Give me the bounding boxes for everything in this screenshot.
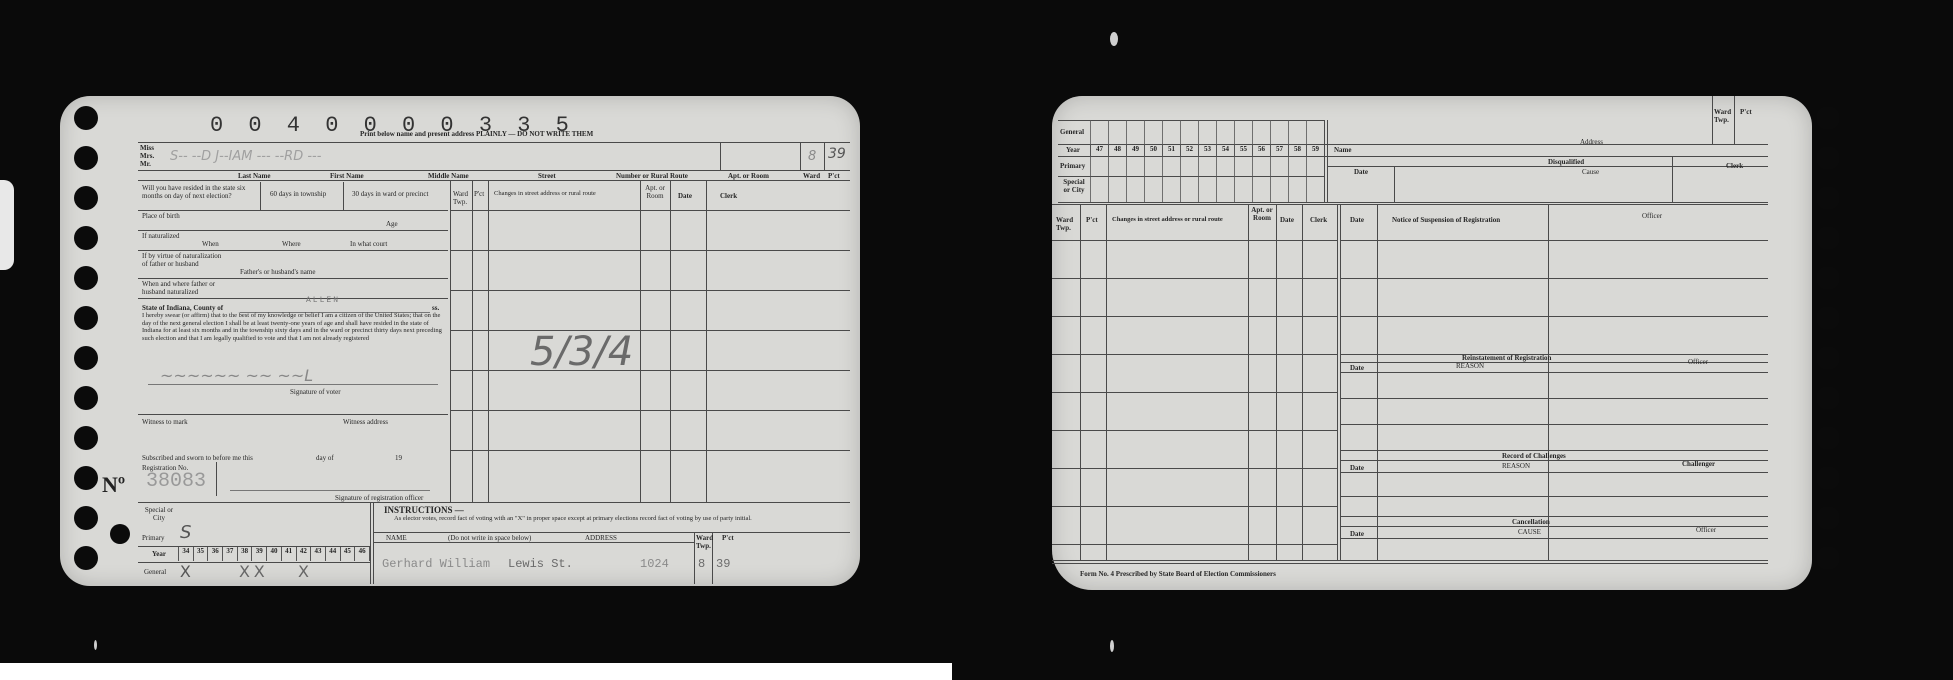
- label-apt: Apt. or Room: [728, 172, 769, 180]
- grid-year: 43: [310, 547, 325, 561]
- when-label: When: [202, 240, 219, 248]
- registration-card-back: General Year Primary Special or City 47 …: [1052, 96, 1812, 590]
- grid-label-year: Year: [152, 550, 166, 558]
- challenges-reason: REASON: [1502, 462, 1530, 470]
- voter-signature: ~~~~~~ ~~ ~~L: [160, 366, 313, 385]
- grid-general-row: X X X X: [178, 562, 370, 584]
- bottom-header-pct: P'ct: [722, 534, 734, 542]
- general-mark: [208, 562, 223, 584]
- punch-hole: [1816, 106, 1840, 130]
- grid-year: 38: [237, 547, 252, 561]
- punch-hole: [74, 146, 98, 170]
- label-middle-name: Middle Name: [428, 172, 469, 180]
- general-mark: [281, 562, 296, 584]
- title-prefix-miss: Miss: [140, 144, 154, 152]
- punch-hole: [1816, 266, 1840, 290]
- punch-hole: [74, 226, 98, 250]
- changes-header-address: Changes in street address or rural route: [494, 190, 596, 198]
- handwritten-ward: 8: [808, 152, 816, 161]
- general-mark: [193, 562, 208, 584]
- suspension-title: Notice of Suspension of Registration: [1392, 216, 1500, 224]
- grid-year: 37: [222, 547, 237, 561]
- grid-label-special: Special or City: [1060, 178, 1088, 194]
- address-label: Address: [1580, 138, 1603, 146]
- grid-year-row: 34 35 36 37 38 39 40 41 42 43 44 45 46: [178, 547, 370, 561]
- changes-header-ward: Ward Twp.: [453, 190, 471, 206]
- witness-address-label: Witness address: [343, 418, 388, 426]
- general-mark: [267, 562, 282, 584]
- general-mark: X: [296, 562, 311, 584]
- punch-hole: [74, 106, 98, 130]
- bottom-header-do-not-write: (Do not write in space below): [448, 534, 531, 542]
- grid-label-year: Year: [1066, 146, 1080, 154]
- punch-hole: [1816, 546, 1840, 570]
- punch-hole: [1816, 426, 1840, 450]
- general-mark: [326, 562, 341, 584]
- clerk-label: Clerk: [1726, 162, 1743, 170]
- grid-label-primary: Primary: [142, 534, 165, 542]
- court-label: In what court: [350, 240, 387, 248]
- typed-pct: 39: [716, 560, 730, 569]
- punch-hole: [74, 506, 98, 530]
- general-mark: [355, 562, 370, 584]
- name-label: Name: [1334, 146, 1352, 154]
- general-mark: X: [237, 562, 252, 584]
- ward-label: Ward Twp.: [1714, 108, 1732, 124]
- punch-hole: [74, 266, 98, 290]
- title-prefix-mrs: Mrs.: [140, 152, 154, 160]
- registration-card-front: 0 0 4 0 0 0 0 3 3 5 Print below name and…: [60, 96, 860, 586]
- bottom-header-address: ADDRESS: [585, 534, 617, 542]
- place-of-birth-label: Place of birth: [142, 212, 182, 220]
- grid-label-special: Special or City: [144, 506, 174, 522]
- challenges-title: Record of Challenges: [1502, 452, 1566, 460]
- witness-mark-label: Witness to mark: [142, 418, 188, 426]
- pct-label: P'ct: [1740, 108, 1752, 116]
- grid-year: 46: [354, 547, 370, 561]
- bottom-header-name: NAME: [386, 534, 407, 542]
- age-label: Age: [386, 220, 398, 228]
- challenges-date: Date: [1350, 464, 1364, 472]
- changes-header-date: Date: [678, 192, 692, 200]
- where-label: Where: [282, 240, 301, 248]
- instructions-text: As elector votes, record fact of voting …: [394, 515, 834, 523]
- punch-hole: [74, 466, 98, 490]
- typed-ward: 8: [698, 560, 705, 569]
- bottom-header-ward: Ward Twp.: [696, 534, 710, 550]
- label-first-name: First Name: [330, 172, 364, 180]
- grid-year: 44: [325, 547, 340, 561]
- film-speck: [1110, 32, 1118, 46]
- grid-year: 35: [193, 547, 208, 561]
- punch-hole: [1816, 506, 1840, 530]
- punch-hole: [74, 186, 98, 210]
- reinstatement-reason: REASON: [1456, 362, 1484, 370]
- form-footer: Form No. 4 Prescribed by State Board of …: [1080, 570, 1276, 578]
- film-speck: [94, 640, 97, 650]
- punch-hole: [74, 386, 98, 410]
- general-mark: [311, 562, 326, 584]
- grid-year: 34: [178, 547, 193, 561]
- title-prefix-mr: Mr.: [140, 160, 151, 168]
- grid-year: 45: [340, 547, 355, 561]
- handwritten-pct: 39: [828, 150, 846, 159]
- cancellation-title: Cancellation: [1512, 518, 1550, 526]
- grid-year: 41: [281, 547, 296, 561]
- punch-hole: [1816, 386, 1840, 410]
- label-last-name: Last Name: [238, 172, 270, 180]
- residence-question: Will you have resided in the state six m…: [142, 184, 257, 200]
- subscribed-label: Subscribed and sworn to before me this: [142, 454, 253, 462]
- punch-hole: [1816, 306, 1840, 330]
- grid-label-general: General: [144, 568, 166, 576]
- oath-text: I hereby swear (or affirm) that to the b…: [142, 312, 442, 342]
- handwritten-change-date: 5/3/4: [530, 332, 633, 372]
- ss-label: ss.: [432, 304, 439, 312]
- grid-year: 39: [251, 547, 266, 561]
- disqualified-label: Disqualified: [1548, 158, 1584, 166]
- handwritten-name: S-- --D J--IAM --- --RD ---: [170, 152, 321, 161]
- changes-header-ward: Ward Twp.: [1056, 216, 1076, 232]
- grid-label-primary: Primary: [1060, 162, 1085, 170]
- header-instruction: Print below name and present address PLA…: [360, 130, 593, 139]
- cancellation-cause: CAUSE: [1518, 528, 1541, 536]
- changes-header-apt: Apt. or Room: [1250, 206, 1274, 222]
- when-where-label: When and where father or husband natural…: [142, 280, 222, 296]
- general-mark: X: [252, 562, 267, 584]
- signature-voter-label: Signature of voter: [290, 388, 341, 396]
- grid-year: 36: [207, 547, 222, 561]
- punch-hole: [74, 306, 98, 330]
- changes-header-apt: Apt. or Room: [644, 184, 666, 200]
- residence-township: 60 days in township: [270, 190, 340, 198]
- punch-hole: [74, 426, 98, 450]
- bottom-white-strip: [0, 663, 952, 680]
- punch-hole: [1816, 226, 1840, 250]
- disqualified-date-label: Date: [1354, 168, 1368, 176]
- film-speck: [0, 180, 14, 270]
- grid-year: 42: [296, 547, 311, 561]
- changes-header-clerk: Clerk: [1310, 216, 1327, 224]
- grid-year: 40: [266, 547, 281, 561]
- suspension-date: Date: [1350, 216, 1364, 224]
- cancellation-date: Date: [1350, 530, 1364, 538]
- changes-header-address: Changes in street address or rural route: [1112, 216, 1223, 224]
- general-mark: X: [178, 562, 193, 584]
- changes-header-pct: P'ct: [1086, 216, 1098, 224]
- virtue-label: If by virtue of naturalization of father…: [142, 252, 222, 268]
- county: ALLEN: [306, 296, 340, 305]
- reinstatement-officer: Officer: [1688, 358, 1708, 366]
- punch-hole: [1816, 186, 1840, 210]
- reinstatement-date: Date: [1350, 364, 1364, 372]
- label-pct: P'ct: [828, 172, 840, 180]
- punch-hole: [74, 346, 98, 370]
- label-ward: Ward: [803, 172, 820, 180]
- suspension-officer: Officer: [1642, 212, 1662, 220]
- punch-hole: [74, 546, 98, 570]
- registration-number: 38083: [146, 472, 206, 492]
- residence-ward: 30 days in ward or precinct: [352, 190, 432, 198]
- naturalized-label: If naturalized: [142, 232, 182, 240]
- changes-header-pct: P'ct: [474, 190, 484, 198]
- challenges-challenger: Challenger: [1682, 460, 1715, 468]
- punch-hole: [110, 524, 130, 544]
- cause-label: Cause: [1582, 168, 1599, 176]
- general-mark: [222, 562, 237, 584]
- typed-number: 1024: [640, 560, 669, 569]
- typed-address: Lewis St.: [508, 560, 573, 569]
- cancellation-officer: Officer: [1696, 526, 1716, 534]
- signature-officer-label: Signature of registration officer: [335, 494, 423, 502]
- changes-header-clerk: Clerk: [720, 192, 737, 200]
- fathers-name-label: Father's or husband's name: [240, 268, 315, 276]
- year-prefix: 19: [395, 454, 402, 462]
- day-of-label: day of: [316, 454, 334, 462]
- label-street: Street: [538, 172, 556, 180]
- punch-hole: [1816, 146, 1840, 170]
- no-symbol: Nº: [102, 474, 125, 496]
- reinstatement-title: Reinstatement of Registration: [1462, 354, 1551, 362]
- film-speck: [1110, 640, 1114, 652]
- general-mark: [340, 562, 355, 584]
- punch-hole: [1816, 346, 1840, 370]
- instructions-title: INSTRUCTIONS —: [384, 506, 464, 515]
- state-line: State of Indiana, County of: [142, 304, 223, 312]
- grid-label-general: General: [1060, 128, 1084, 136]
- typed-name: Gerhard William: [382, 560, 490, 569]
- label-number: Number or Rural Route: [616, 172, 688, 180]
- changes-header-date: Date: [1280, 216, 1294, 224]
- punch-hole: [1816, 466, 1840, 490]
- primary-mark: S: [180, 524, 191, 542]
